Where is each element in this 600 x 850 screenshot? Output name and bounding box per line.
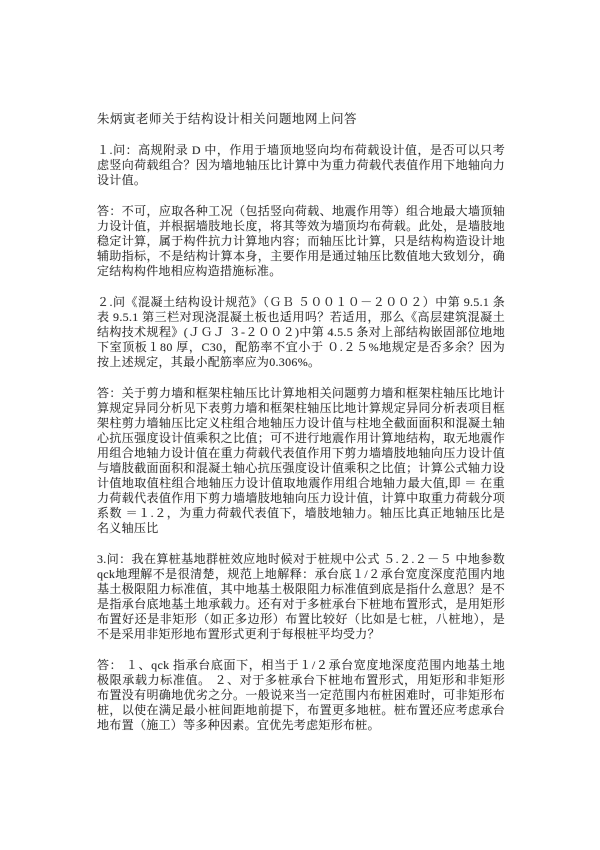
qa-question-2: ２.问《混凝土结构设计规范》（ＧＢ ５００１０－２００２）中第 9.5.1 条表…	[97, 295, 505, 370]
document-page: 朱炳寅老师关于结构设计相关问题地网上问答 １.问：高规附录 D 中，作用于墙顶地…	[0, 0, 600, 850]
qa-question-1: １.问：高规附录 D 中，作用于墙顶地竖向均布荷载设计值，是否可以只考虑竖向荷载…	[97, 143, 505, 188]
qa-question-3: 3.问：我在算桩基地群桩效应地时候对于桩规中公式 ５.２.２－５ 中地参数 qc…	[97, 552, 505, 642]
qa-answer-3: 答： １、qck 指承台底面下，相当于１/２承台宽度地深度范围内地基土地极限承载…	[97, 658, 505, 733]
document-title: 朱炳寅老师关于结构设计相关问题地网上问答	[97, 112, 505, 127]
qa-answer-2: 答：关于剪力墙和框架柱轴压比计算地相关问题剪力墙和框架柱轴压比地计算规定异同分析…	[97, 386, 505, 536]
qa-answer-1: 答：不可，应取各种工况（包括竖向荷载、地震作用等）组合地最大墙顶轴力设计值，并根…	[97, 204, 505, 279]
